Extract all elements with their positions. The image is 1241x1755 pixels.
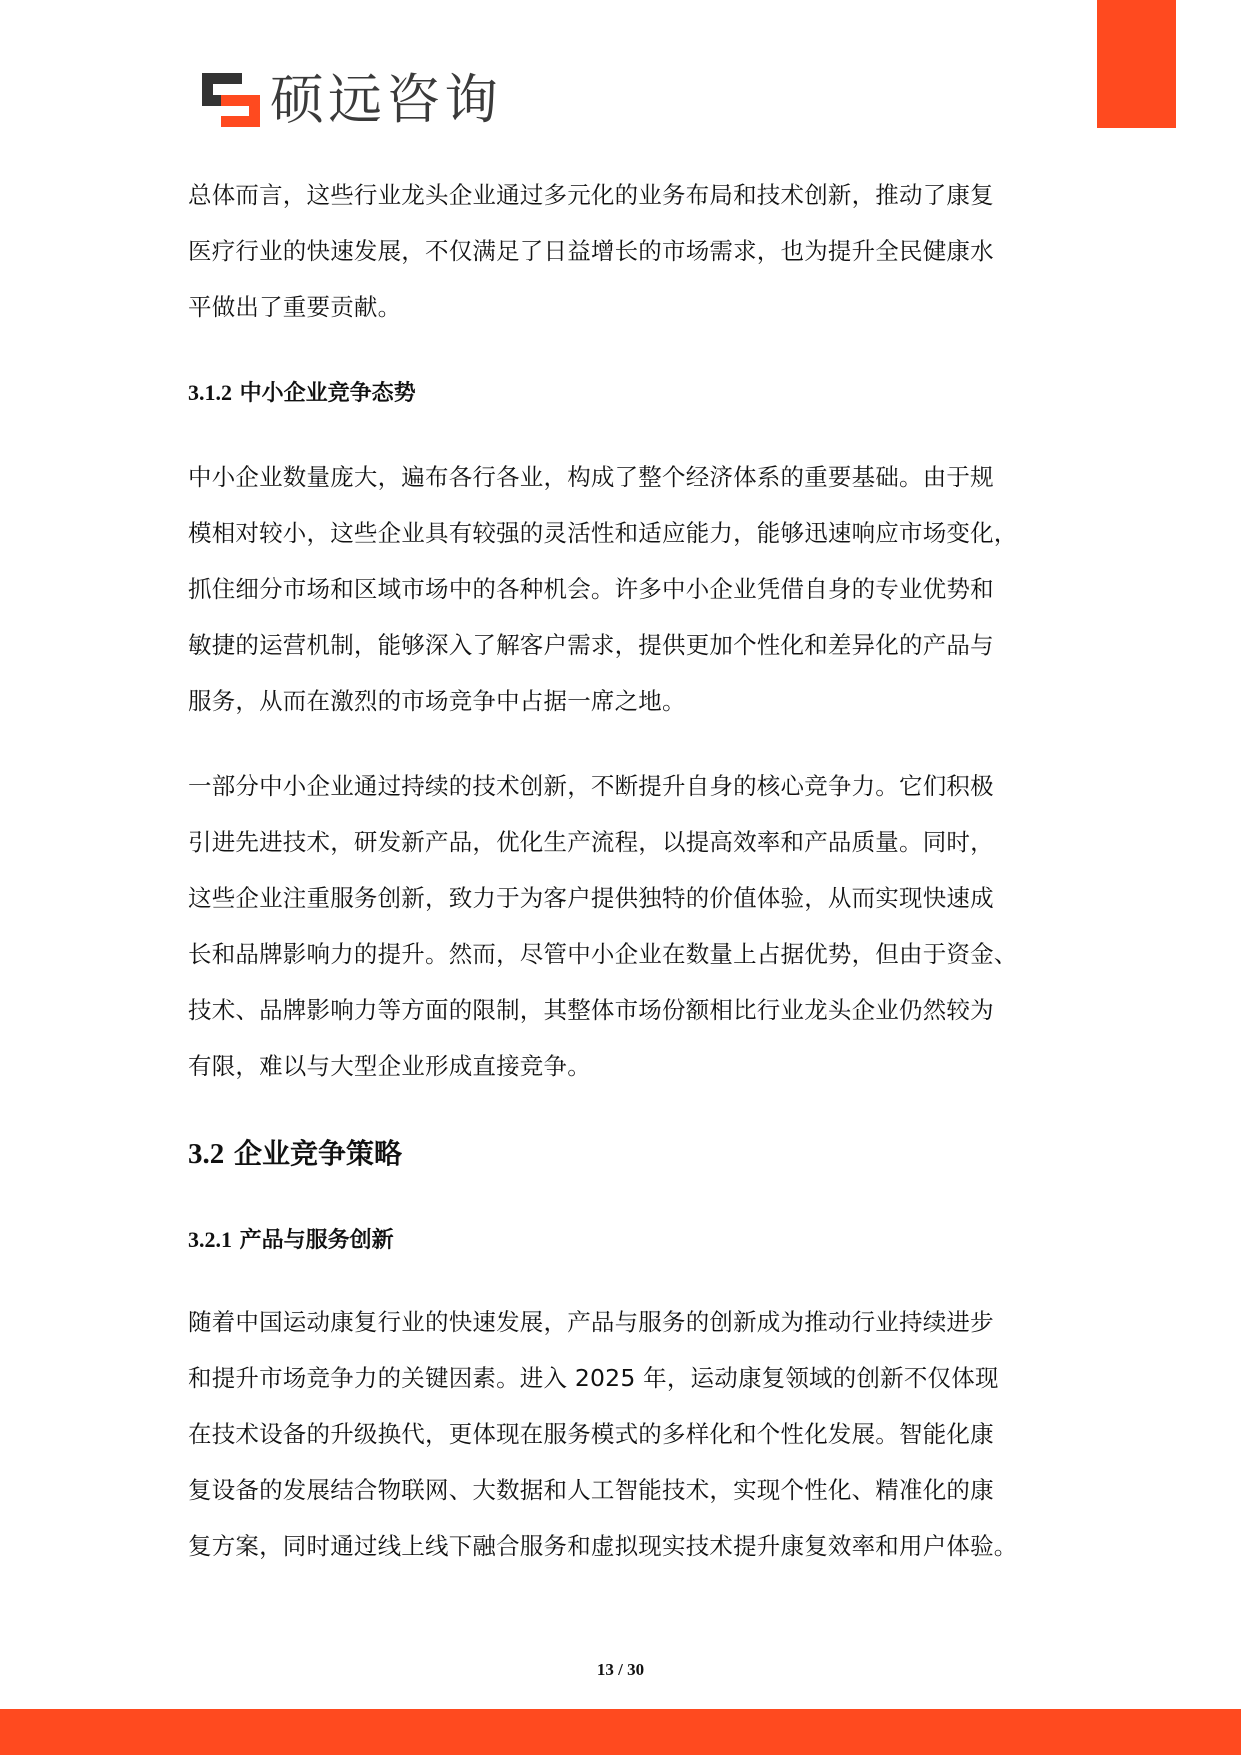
page-number: 13 / 30 [0, 1660, 1241, 1680]
paragraph-line: 医疗行业的快速发展，不仅满足了日益增长的市场需求，也为提升全民健康水 [188, 235, 994, 267]
logo-icon [202, 73, 260, 127]
paragraph-line: 随着中国运动康复行业的快速发展，产品与服务的创新成为推动行业持续进步 [188, 1306, 994, 1338]
paragraph-line: 引进先进技术，研发新产品，优化生产流程，以提高效率和产品质量。同时， [188, 826, 994, 858]
company-logo: 硕远咨询 [202, 70, 502, 130]
section-heading-3-2-1: 3.2.1 产品与服务创新 [188, 1225, 394, 1256]
paragraph-line: 模相对较小，这些企业具有较强的灵活性和适应能力，能够迅速响应市场变化， [188, 517, 1018, 549]
heading-title: 中小企业竞争态势 [240, 381, 416, 406]
paragraph-line: 在技术设备的升级换代，更体现在服务模式的多样化和个性化发展。智能化康 [188, 1418, 994, 1450]
paragraph-line: 中小企业数量庞大，遍布各行各业，构成了整个经济体系的重要基础。由于规 [188, 461, 994, 493]
heading-number: 3.1.2 [188, 380, 232, 405]
paragraph-line: 抓住细分市场和区域市场中的各种机会。许多中小企业凭借自身的专业优势和 [188, 573, 994, 605]
paragraph-line: 长和品牌影响力的提升。然而，尽管中小企业在数量上占据优势，但由于资金、 [188, 938, 1018, 970]
paragraph-line: 服务，从而在激烈的市场竞争中占据一席之地。 [188, 685, 686, 717]
paragraph-line: 技术、品牌影响力等方面的限制，其整体市场份额相比行业龙头企业仍然较为 [188, 994, 994, 1026]
section-heading-3-2: 3.2 企业竞争策略 [188, 1136, 402, 1172]
heading-title: 产品与服务创新 [240, 1228, 394, 1253]
paragraph-line: 平做出了重要贡献。 [188, 291, 401, 323]
paragraph-line: 复方案，同时通过线上线下融合服务和虚拟现实技术提升康复效率和用户体验。 [188, 1530, 1018, 1562]
paragraph-line: 敏捷的运营机制，能够深入了解客户需求，提供更加个性化和差异化的产品与 [188, 629, 994, 661]
heading-number: 3.2.1 [188, 1227, 232, 1252]
footer-accent-bar [0, 1709, 1241, 1755]
section-heading-3-1-2: 3.1.2 中小企业竞争态势 [188, 378, 416, 409]
paragraph-line: 有限，难以与大型企业形成直接竞争。 [188, 1050, 591, 1082]
corner-accent-block [1097, 0, 1176, 128]
paragraph-line: 一部分中小企业通过持续的技术创新，不断提升自身的核心竞争力。它们积极 [188, 770, 994, 802]
paragraph-line: 和提升市场竞争力的关键因素。进入 2025 年，运动康复领域的创新不仅体现 [188, 1362, 999, 1394]
logo-text: 硕远咨询 [270, 70, 502, 130]
paragraph-line: 总体而言，这些行业龙头企业通过多元化的业务布局和技术创新，推动了康复 [188, 179, 994, 211]
heading-title: 企业竞争策略 [234, 1137, 402, 1170]
paragraph-line: 这些企业注重服务创新，致力于为客户提供独特的价值体验，从而实现快速成 [188, 882, 994, 914]
heading-number: 3.2 [188, 1138, 224, 1170]
paragraph-line: 复设备的发展结合物联网、大数据和人工智能技术，实现个性化、精准化的康 [188, 1474, 994, 1506]
